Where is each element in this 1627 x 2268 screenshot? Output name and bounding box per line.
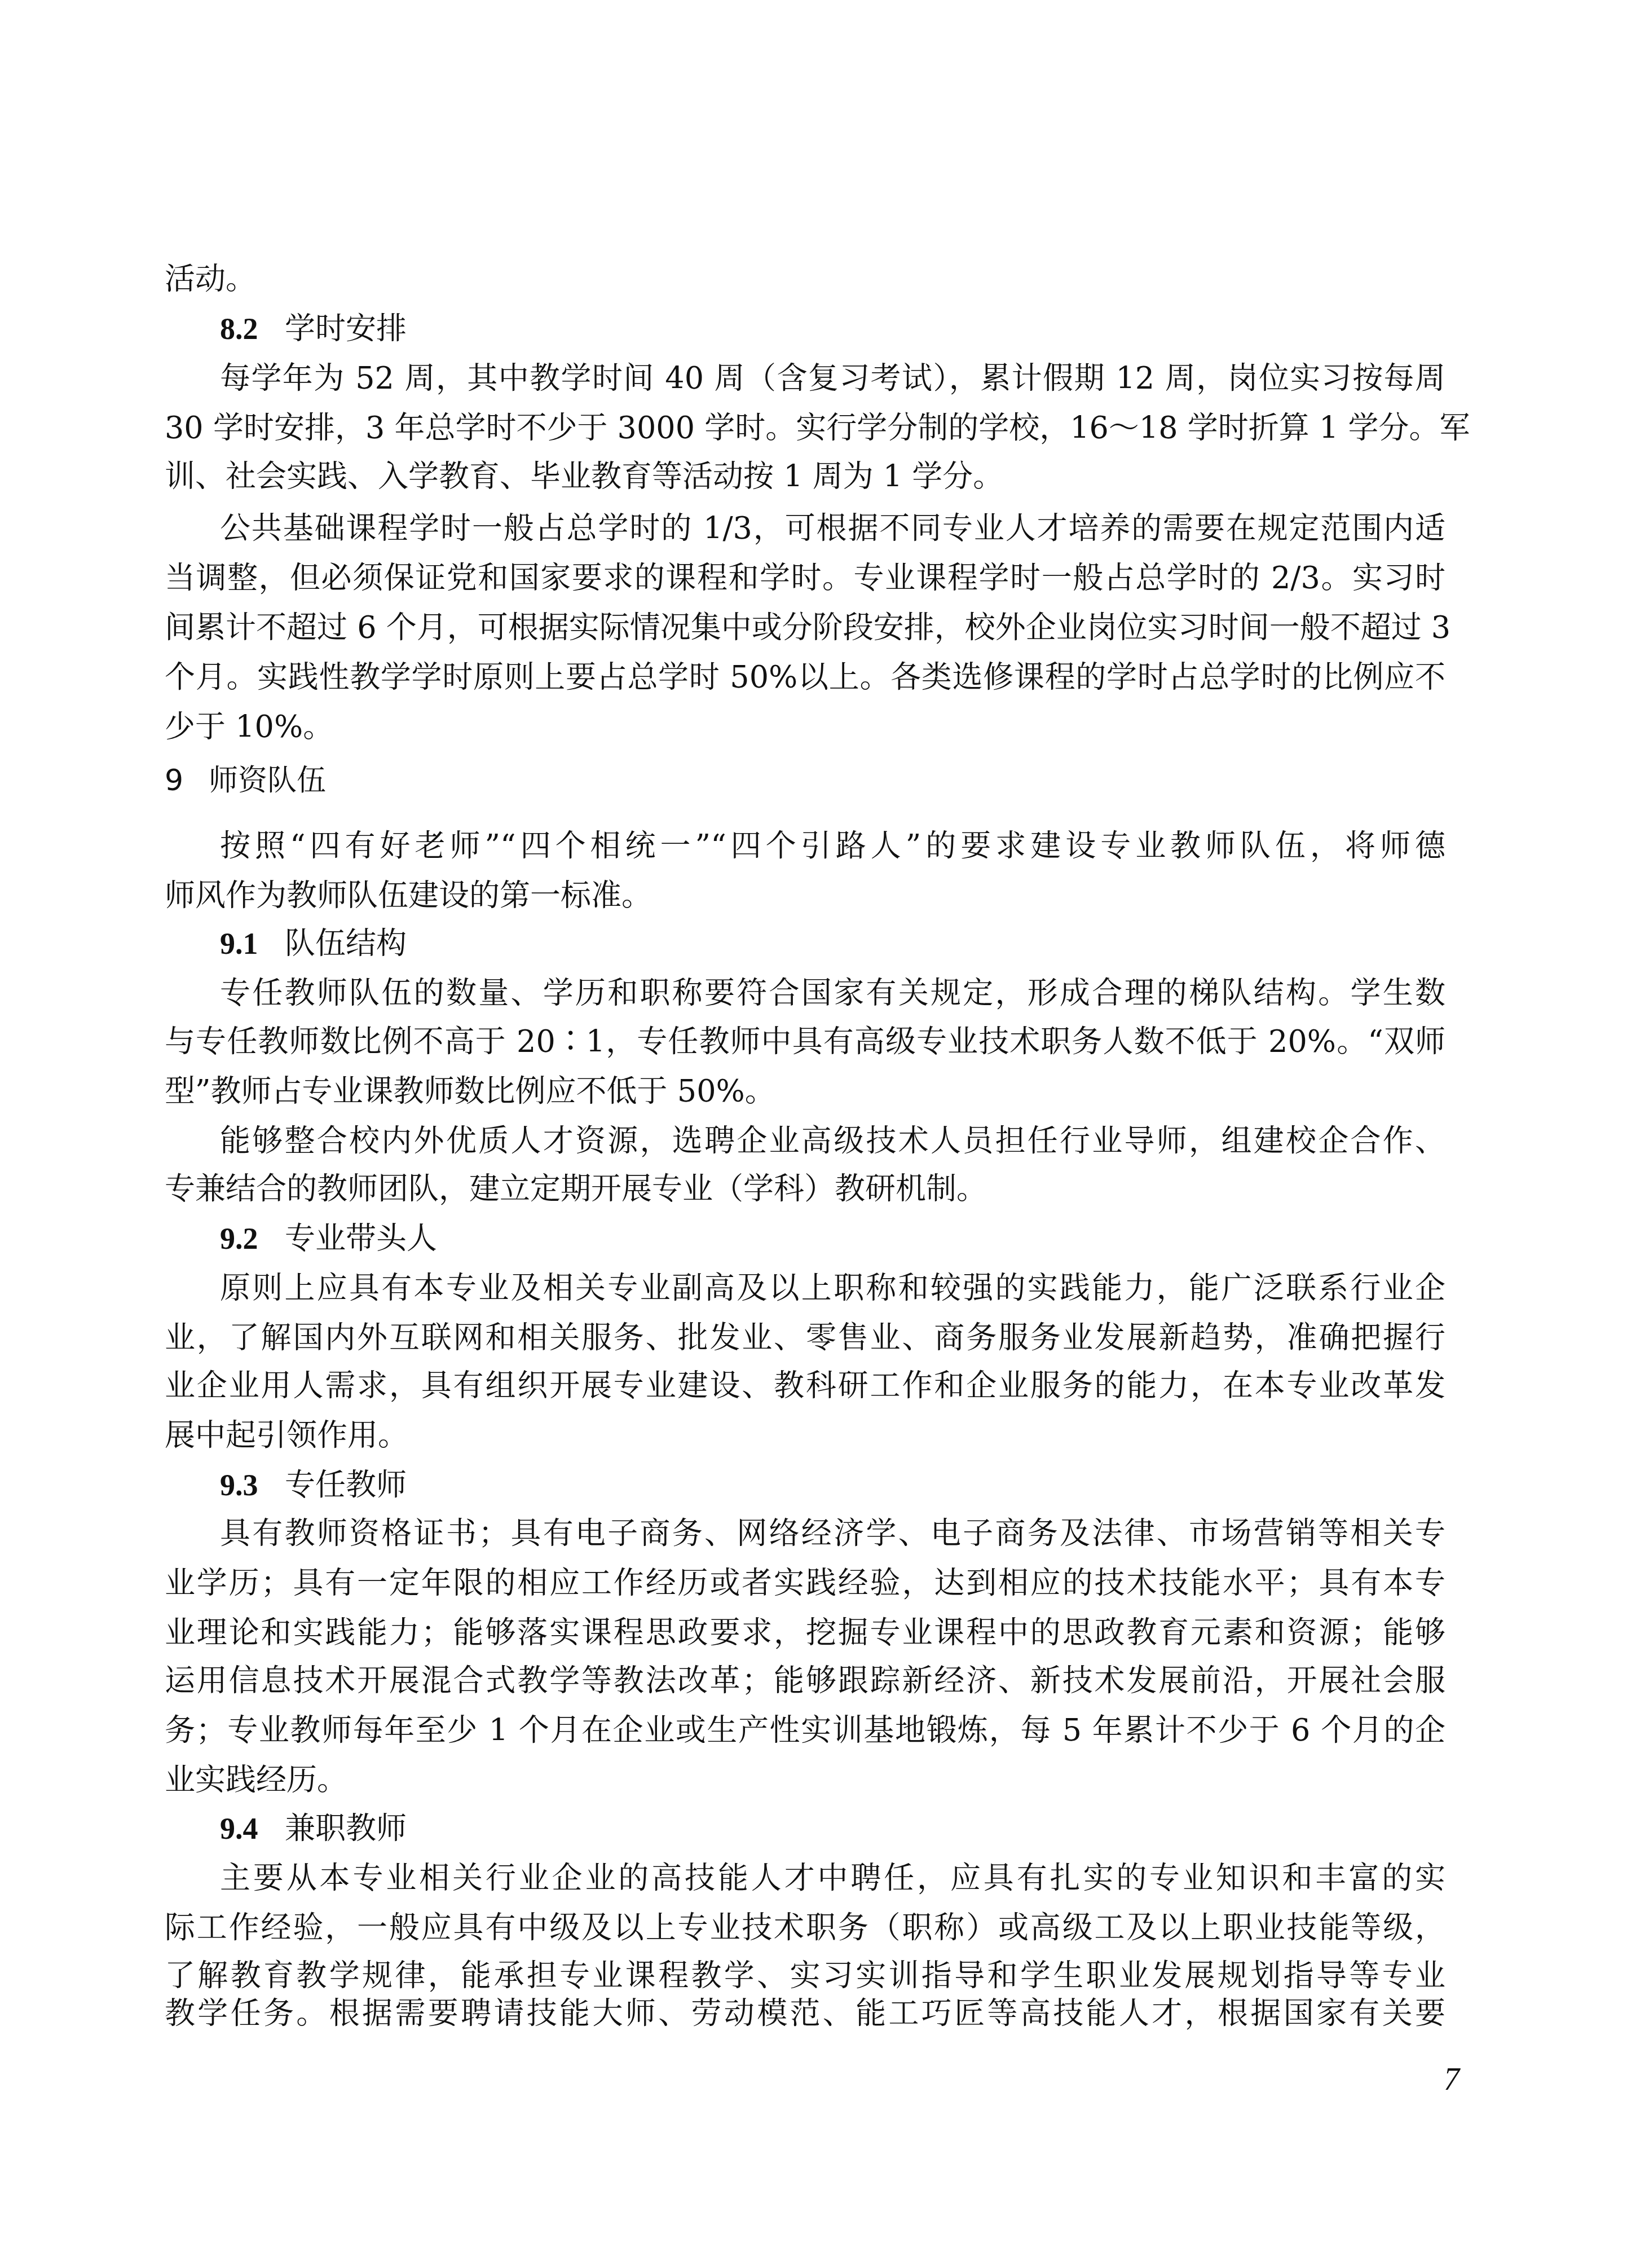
body-text-line: 型”教师占专业课教师数比例应不低于 50%。 bbox=[165, 1067, 1445, 1116]
subsection-number: 9.2 bbox=[220, 1214, 285, 1263]
body-text-line: 业，了解国内外互联网和相关服务、批发业、零售业、商务服务业发展新趋势，准确把握行 bbox=[165, 1313, 1445, 1363]
body-text-line: 公共基础课程学时一般占总学时的 1/3，可根据不同专业人才培养的需要在规定范围内… bbox=[220, 504, 1445, 553]
body-text-line: 间累计不超过 6 个月，可根据实际情况集中或分阶段安排，校外企业岗位实习时间一般… bbox=[165, 603, 1445, 653]
section-heading: 9师资队伍 bbox=[165, 756, 326, 805]
body-text-line: 活动。 bbox=[165, 254, 1445, 304]
body-text-line: 运用信息技术开展混合式教学等教法改革；能够跟踪新经济、新技术发展前沿，开展社会服 bbox=[165, 1656, 1445, 1706]
subsection-heading: 9.2专业带头人 bbox=[220, 1214, 437, 1263]
body-text-line: 专兼结合的教师团队，建立定期开展专业（学科）教研机制。 bbox=[165, 1164, 1445, 1214]
subsection-title: 专业带头人 bbox=[285, 1221, 437, 1256]
section-title: 师资队伍 bbox=[209, 764, 326, 798]
body-text-line: 业实践经历。 bbox=[165, 1755, 1445, 1805]
section-number: 9 bbox=[165, 756, 209, 805]
subsection-title: 专任教师 bbox=[285, 1467, 407, 1503]
subsection-title: 学时安排 bbox=[285, 311, 407, 346]
subsection-number: 9.1 bbox=[220, 919, 285, 968]
body-text-line: 业理论和实践能力；能够落实课程思政要求，挖掘专业课程中的思政教育元素和资源；能够 bbox=[165, 1608, 1445, 1658]
subsection-number: 9.4 bbox=[220, 1804, 285, 1853]
subsection-title: 队伍结构 bbox=[285, 926, 407, 961]
body-text-line: 具有教师资格证书；具有电子商务、网络经济学、电子商务及法律、市场营销等相关专 bbox=[220, 1509, 1445, 1558]
page-number: 7 bbox=[1444, 2062, 1460, 2098]
body-text-line: 展中起引领作用。 bbox=[165, 1411, 1445, 1460]
body-text-line: 际工作经验，一般应具有中级及以上专业技术职务（职称）或高级工及以上职业技能等级， bbox=[165, 1903, 1445, 1953]
body-text-line: 与专任教师数比例不高于 20∶1，专任教师中具有高级专业技术职务人数不低于 20… bbox=[165, 1017, 1445, 1067]
body-text-line: 专任教师队伍的数量、学历和职称要符合国家有关规定，形成合理的梯队结构。学生数 bbox=[220, 968, 1445, 1018]
subsection-title: 兼职教师 bbox=[285, 1811, 407, 1846]
body-text-line: 能够整合校内外优质人才资源，选聘企业高级技术人员担任行业导师，组建校企合作、 bbox=[220, 1116, 1445, 1166]
subsection-heading: 9.3专任教师 bbox=[220, 1460, 407, 1510]
subsection-number: 8.2 bbox=[220, 304, 285, 354]
subsection-number: 9.3 bbox=[220, 1460, 285, 1510]
body-text-line: 主要从本专业相关行业企业的高技能人才中聘任，应具有扎实的专业知识和丰富的实 bbox=[220, 1853, 1445, 1903]
document-page: 活动。8.2学时安排每学年为 52 周，其中教学时间 40 周（含复习考试），累… bbox=[0, 0, 1627, 2268]
body-text-line: 30 学时安排，3 年总学时不少于 3000 学时。实行学分制的学校，16～18… bbox=[165, 403, 1445, 453]
body-text-line: 个月。实践性教学学时原则上要占总学时 50%以上。各类选修课程的学时占总学时的比… bbox=[165, 653, 1445, 702]
body-text-line: 每学年为 52 周，其中教学时间 40 周（含复习考试），累计假期 12 周，岗… bbox=[220, 354, 1445, 403]
body-text-line: 按照“四有好老师”“四个相统一”“四个引路人”的要求建设专业教师队伍，将师德 bbox=[220, 821, 1445, 871]
body-text-line: 师风作为教师队伍建设的第一标准。 bbox=[165, 871, 1445, 921]
body-text-line: 教学任务。根据需要聘请技能大师、劳动模范、能工巧匠等高技能人才，根据国家有关要 bbox=[165, 1989, 1445, 2038]
body-text-line: 业企业用人需求，具有组织开展专业建设、教科研工作和企业服务的能力，在本专业改革发 bbox=[165, 1361, 1445, 1411]
subsection-heading: 9.4兼职教师 bbox=[220, 1804, 407, 1853]
body-text-line: 少于 10%。 bbox=[165, 702, 1445, 752]
body-text-line: 务；专业教师每年至少 1 个月在企业或生产性实训基地锻炼，每 5 年累计不少于 … bbox=[165, 1706, 1445, 1755]
body-text-line: 业学历；具有一定年限的相应工作经历或者实践经验，达到相应的技术技能水平；具有本专 bbox=[165, 1558, 1445, 1608]
body-text-line: 当调整，但必须保证党和国家要求的课程和学时。专业课程学时一般占总学时的 2/3。… bbox=[165, 553, 1445, 603]
subsection-heading: 8.2学时安排 bbox=[220, 304, 407, 354]
body-text-line: 训、社会实践、入学教育、毕业教育等活动按 1 周为 1 学分。 bbox=[165, 452, 1445, 501]
subsection-heading: 9.1队伍结构 bbox=[220, 919, 407, 968]
body-text-line: 原则上应具有本专业及相关专业副高及以上职称和较强的实践能力，能广泛联系行业企 bbox=[220, 1263, 1445, 1313]
